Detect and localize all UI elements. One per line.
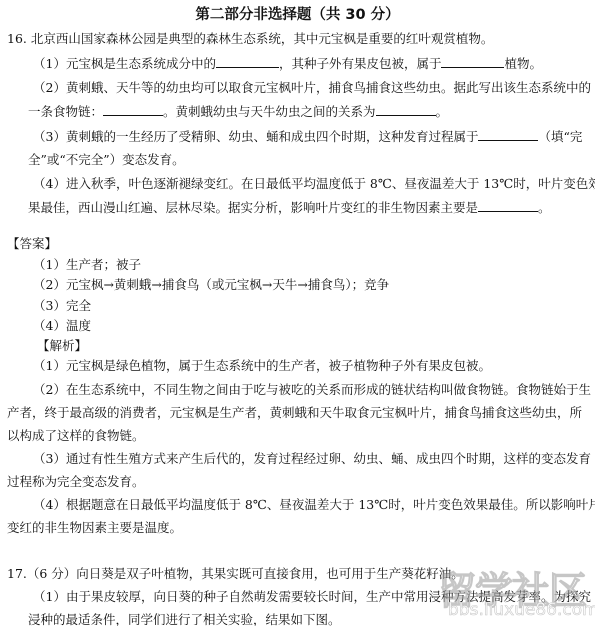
q16-p1-text-b: ，其种子外有果皮包被，属于 <box>279 56 442 71</box>
q16-part3-line2: 全”或“不完全”）变态发育。 <box>28 152 185 168</box>
answer-item-3: （3）完全 <box>33 298 91 314</box>
analysis-line: 过程称为完全变态发育。 <box>7 474 145 490</box>
q16-p2-text-c: 。 <box>436 104 449 119</box>
q16-p1-text-a: （1）元宝枫是生态系统成分中的 <box>33 56 216 71</box>
q17-part1-line1: （1）由于果皮较厚，向日葵的种子自然萌发需要较长时间，生产中常用浸种方法提高发芽… <box>33 589 591 605</box>
q16-p2-text-b: 。黄刺蛾幼虫与天牛幼虫之间的关系为 <box>163 104 376 119</box>
section-title: 第二部分非选择题（共 30 分） <box>0 7 595 23</box>
analysis-line: 产者，终于最高级的消费者，元宝枫是生产者，黄刺蛾和天牛取食元宝枫叶片，捕食鸟捕食… <box>7 405 582 421</box>
q16-p4-text-b: 。 <box>538 200 551 215</box>
answer-blank[interactable] <box>478 128 538 141</box>
analysis-header: 【解析】 <box>37 338 87 354</box>
q17-stem: 17.（6 分）向日葵是双子叶植物，其果实既可直接食用，也可用于生产葵花籽油。 <box>7 566 464 582</box>
q17-part1-line2: 浸种的最适条件，同学们进行了相关实验，结果如下图。 <box>28 612 341 626</box>
analysis-line: 变红的非生物因素主要是温度。 <box>7 520 182 536</box>
q16-p3-text-b: （填“完 <box>538 129 582 144</box>
analysis-line: （1）元宝枫是绿色植物，属于生态系统中的生产者，被子植物种子外有果皮包被。 <box>33 358 491 374</box>
analysis-line: 以构成了这样的食物链。 <box>7 428 145 444</box>
answer-blank[interactable] <box>103 103 163 116</box>
q16-stem: 16. 北京西山国家森林公园是典型的森林生态系统，其中元宝枫是重要的红叶观赏植物… <box>7 31 493 47</box>
q16-p1-text-c: 植物。 <box>504 56 542 71</box>
answer-item-2: （2）元宝枫→黄刺蛾→捕食鸟（或元宝枫→天牛→捕食鸟）；竞争 <box>33 277 389 293</box>
q16-p4-text-a: 果最佳，西山漫山红遍、层林尽染。据实分析，影响叶片变红的非生物因素主要是 <box>28 200 478 215</box>
q16-part3-line1: （3）黄刺蛾的一生经历了受精卵、幼虫、蛹和成虫四个时期，这种发育过程属于（填“完 <box>33 128 582 145</box>
answer-blank[interactable] <box>478 199 538 212</box>
answer-item-1: （1）生产者；被子 <box>33 257 141 273</box>
answer-blank[interactable] <box>216 55 279 68</box>
q16-p2-text-a: 一条食物链： <box>28 104 103 119</box>
q16-part2-line2: 一条食物链：。黄刺蛾幼虫与天牛幼虫之间的关系为。 <box>28 103 448 120</box>
answer-header: 【答案】 <box>7 236 57 252</box>
q16-part1: （1）元宝枫是生态系统成分中的，其种子外有果皮包被，属于植物。 <box>33 55 542 72</box>
q16-part4-line2: 果最佳，西山漫山红遍、层林尽染。据实分析，影响叶片变红的非生物因素主要是。 <box>28 199 551 216</box>
answer-blank[interactable] <box>376 103 436 116</box>
analysis-line: （2）在生态系统中，不同生物之间由于吃与被吃的关系而形成的链状结构叫做食物链。食… <box>33 382 591 398</box>
q16-part2-line1: （2）黄刺蛾、天牛等的幼虫均可以取食元宝枫叶片，捕食鸟捕食这些幼虫。据此写出该生… <box>33 80 591 96</box>
answer-item-4: （4）温度 <box>33 318 91 334</box>
analysis-line: （3）通过有性生殖方式来产生后代的，发育过程经过卵、幼虫、蛹、成虫四个时期，这样… <box>33 451 591 467</box>
q16-part4-line1: （4）进入秋季，叶色逐渐褪绿变红。在日最低平均温度低于 8℃、昼夜温差大于 13… <box>33 176 595 192</box>
analysis-line: （4）根据题意在日最低平均温度低于 8℃、昼夜温差大于 13℃时，叶片变色效果最… <box>33 497 595 513</box>
answer-blank[interactable] <box>441 55 504 68</box>
q16-p3-text-a: （3）黄刺蛾的一生经历了受精卵、幼虫、蛹和成虫四个时期，这种发育过程属于 <box>33 129 478 144</box>
